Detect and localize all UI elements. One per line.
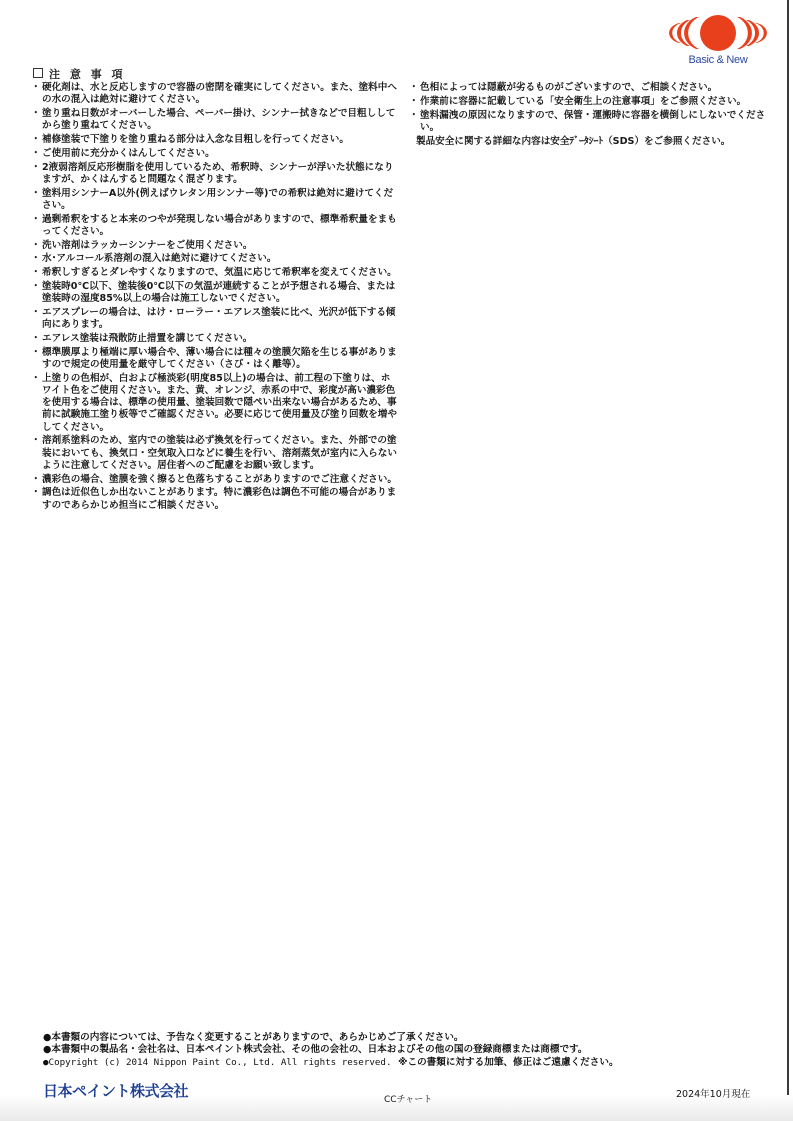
precaution-text: 硬化剤は、水と反応しますので容器の密閉を確実にしてください。また、塗料中への水の… <box>42 82 397 105</box>
precaution-text: 洗い溶剤はラッカーシンナーをご使用ください。 <box>42 240 252 251</box>
precaution-text: ご使用前に充分かくはんしてください。 <box>42 148 215 159</box>
notice-change: ●本書類の内容については、予告なく変更することがありますので、あらかじめご了承く… <box>43 1032 619 1044</box>
bullet-icon: ・ <box>31 435 41 447</box>
bullet-icon: ・ <box>409 110 419 122</box>
bullet-icon: ・ <box>31 188 41 200</box>
bullet-icon: ・ <box>409 82 419 94</box>
checkbox-square-icon <box>33 68 43 78</box>
document-label: CCチャート <box>384 1092 432 1105</box>
precaution-item: ・標準膜厚より極端に厚い場合や、薄い場合には種々の塗膜欠陥を生じる事がありますの… <box>31 347 399 371</box>
page-border <box>787 0 789 1121</box>
precaution-item: ・溶剤系塗料のため、室内での塗装は必ず換気を行ってください。また、外部での塗装に… <box>31 435 399 472</box>
precaution-item: ・塗料漏洩の原因になりますので、保管・運搬時に容器を横倒しにしないでください。 <box>409 110 771 134</box>
precaution-text: 塗料漏洩の原因になりますので、保管・運搬時に容器を横倒しにしないでください。 <box>420 110 765 133</box>
footer-notices: ●本書類の内容については、予告なく変更することがありますので、あらかじめご了承く… <box>43 1032 619 1069</box>
basic-and-new-logo: Basic & New <box>666 14 770 70</box>
precaution-text: 調色は近似色しか出ないことがあります。特に濃彩色は調色不可能の場合がありますので… <box>42 487 396 510</box>
precaution-item: ・調色は近似色しか出ないことがあります。特に濃彩色は調色不可能の場合がありますの… <box>31 487 399 511</box>
precaution-text: 濃彩色の場合、塗膜を強く擦ると色落ちすることがありますのでご注意ください。 <box>42 474 397 485</box>
bullet-icon: ・ <box>31 347 41 359</box>
bullet-icon: ・ <box>31 307 41 319</box>
precaution-item: ・2液弱溶剤反応形樹脂を使用しているため、希釈時、シンナーが浮いた状態になります… <box>31 162 399 186</box>
precaution-item: ・ご使用前に充分かくはんしてください。 <box>31 148 399 160</box>
notice-copyright-line: ●Copyright (c) 2014 Nippon Paint Co., Lt… <box>43 1057 619 1069</box>
bullet-icon: ・ <box>31 240 41 252</box>
precaution-text: 色相によっては隠蔽が劣るものがございますので、ご相談ください。 <box>420 82 717 93</box>
bullet-icon: ・ <box>31 108 41 120</box>
sds-note: 製品安全に関する詳細な内容は安全ﾃﾞｰﾀｼｰﾄ（SDS）をご参照ください。 <box>409 136 771 148</box>
precaution-item: ・エアレス塗装は飛散防止措置を講じてください。 <box>31 333 399 345</box>
precaution-item: ・洗い溶剤はラッカーシンナーをご使用ください。 <box>31 240 399 252</box>
precaution-item: ・硬化剤は、水と反応しますので容器の密閉を確実にしてください。また、塗料中への水… <box>31 82 399 106</box>
precaution-item: ・希釈しすぎるとダレやすくなりますので、気温に応じて希釈率を変えてください。 <box>31 267 399 279</box>
precaution-text: 補修塗装で下塗りを塗り重ねる部分は入念な目粗しを行ってください。 <box>42 134 349 145</box>
as-of-date: 2024年10月現在 <box>676 1086 750 1100</box>
precaution-text: エアレス塗装は飛散防止措置を講じてください。 <box>42 333 252 344</box>
precaution-item: ・補修塗装で下塗りを塗り重ねる部分は入念な目粗しを行ってください。 <box>31 134 399 146</box>
precaution-item: ・上塗りの色相が、白および極淡彩(明度85以上)の場合は、前工程の下塗りは、ホワ… <box>31 373 399 434</box>
bullet-icon: ・ <box>31 82 41 94</box>
company-logo: 日本ペイント株式会社 <box>43 1080 188 1101</box>
precaution-text: 標準膜厚より極端に厚い場合や、薄い場合には種々の塗膜欠陥を生じる事がありますので… <box>42 347 397 370</box>
precaution-text: エアスプレーの場合は、はけ・ローラー・エアレス塗装に比べ、光沢が低下する傾向にあ… <box>42 307 396 330</box>
precaution-item: ・過剰希釈をすると本来のつやが発現しない場合がありますので、標準希釈量をまもって… <box>31 214 399 238</box>
precaution-item: ・作業前に容器に記載している「安全衛生上の注意事項」をご参照ください。 <box>409 96 771 108</box>
precaution-text: 溶剤系塗料のため、室内での塗装は必ず換気を行ってください。また、外部での塗装にお… <box>42 435 397 470</box>
copyright-text: ●Copyright (c) 2014 Nippon Paint Co., Lt… <box>43 1057 391 1068</box>
precaution-item: ・塗装時0℃以下、塗装後0℃以下の気温が連続することが予想される場合、または塗装… <box>31 281 399 305</box>
bullet-icon: ・ <box>31 333 41 345</box>
precaution-text: 塗料用シンナーA以外(例えばウレタン用シンナー等)での希釈は絶対に避けてください… <box>42 188 393 211</box>
notice-trademark: ●本書類中の製品名・会社名は、日本ペイント株式会社、その他の会社の、日本およびそ… <box>43 1044 619 1056</box>
precaution-text: 作業前に容器に記載している「安全衛生上の注意事項」をご参照ください。 <box>420 96 746 107</box>
bullet-icon: ・ <box>31 373 41 385</box>
precautions-left-column: ・硬化剤は、水と反応しますので容器の密閉を確実にしてください。また、塗料中への水… <box>31 82 399 513</box>
sun-logo-icon <box>666 14 770 54</box>
precautions-right-column: ・色相によっては隠蔽が劣るものがございますので、ご相談ください。 ・作業前に容器… <box>409 82 771 148</box>
section-title: 注 意 事 項 <box>33 66 126 82</box>
precaution-text: 希釈しすぎるとダレやすくなりますので、気温に応じて希釈率を変えてください。 <box>42 267 397 278</box>
precaution-text: 塗装時0℃以下、塗装後0℃以下の気温が連続することが予想される場合、または塗装時… <box>42 281 395 304</box>
section-title-text: 注 意 事 項 <box>49 68 126 81</box>
copyright-note: ※この書類に対する加筆、修正はご遠慮ください。 <box>398 1057 618 1068</box>
bullet-icon: ・ <box>31 487 41 499</box>
precaution-item: ・塗料用シンナーA以外(例えばウレタン用シンナー等)での希釈は絶対に避けてくださ… <box>31 188 399 212</box>
precaution-text: 水･アルコール系溶剤の混入は絶対に避けてください。 <box>42 253 276 264</box>
precaution-item: ・エアスプレーの場合は、はけ・ローラー・エアレス塗装に比べ、光沢が低下する傾向に… <box>31 307 399 331</box>
bullet-icon: ・ <box>409 96 419 108</box>
logo-tagline: Basic & New <box>666 54 770 66</box>
precaution-text: 2液弱溶剤反応形樹脂を使用しているため、希釈時、シンナーが浮いた状態になりますが… <box>42 162 393 185</box>
precaution-text: 塗り重ね日数がオーバーした場合、ペーパー掛け、シンナー拭きなどで目粗ししてから塗… <box>42 108 395 131</box>
bullet-icon: ・ <box>31 214 41 226</box>
precaution-text: 上塗りの色相が、白および極淡彩(明度85以上)の場合は、前工程の下塗りは、ホワイ… <box>42 373 397 433</box>
bullet-icon: ・ <box>31 162 41 174</box>
bullet-icon: ・ <box>31 148 41 160</box>
precaution-item: ・水･アルコール系溶剤の混入は絶対に避けてください。 <box>31 253 399 265</box>
bullet-icon: ・ <box>31 281 41 293</box>
bullet-icon: ・ <box>31 253 41 265</box>
precaution-item: ・濃彩色の場合、塗膜を強く擦ると色落ちすることがありますのでご注意ください。 <box>31 474 399 486</box>
bullet-icon: ・ <box>31 267 41 279</box>
bullet-icon: ・ <box>31 474 41 486</box>
precaution-text: 過剰希釈をすると本来のつやが発現しない場合がありますので、標準希釈量をまもってく… <box>42 214 397 237</box>
bullet-icon: ・ <box>31 134 41 146</box>
precaution-item: ・塗り重ね日数がオーバーした場合、ペーパー掛け、シンナー拭きなどで目粗ししてから… <box>31 108 399 132</box>
precaution-item: ・色相によっては隠蔽が劣るものがございますので、ご相談ください。 <box>409 82 771 94</box>
